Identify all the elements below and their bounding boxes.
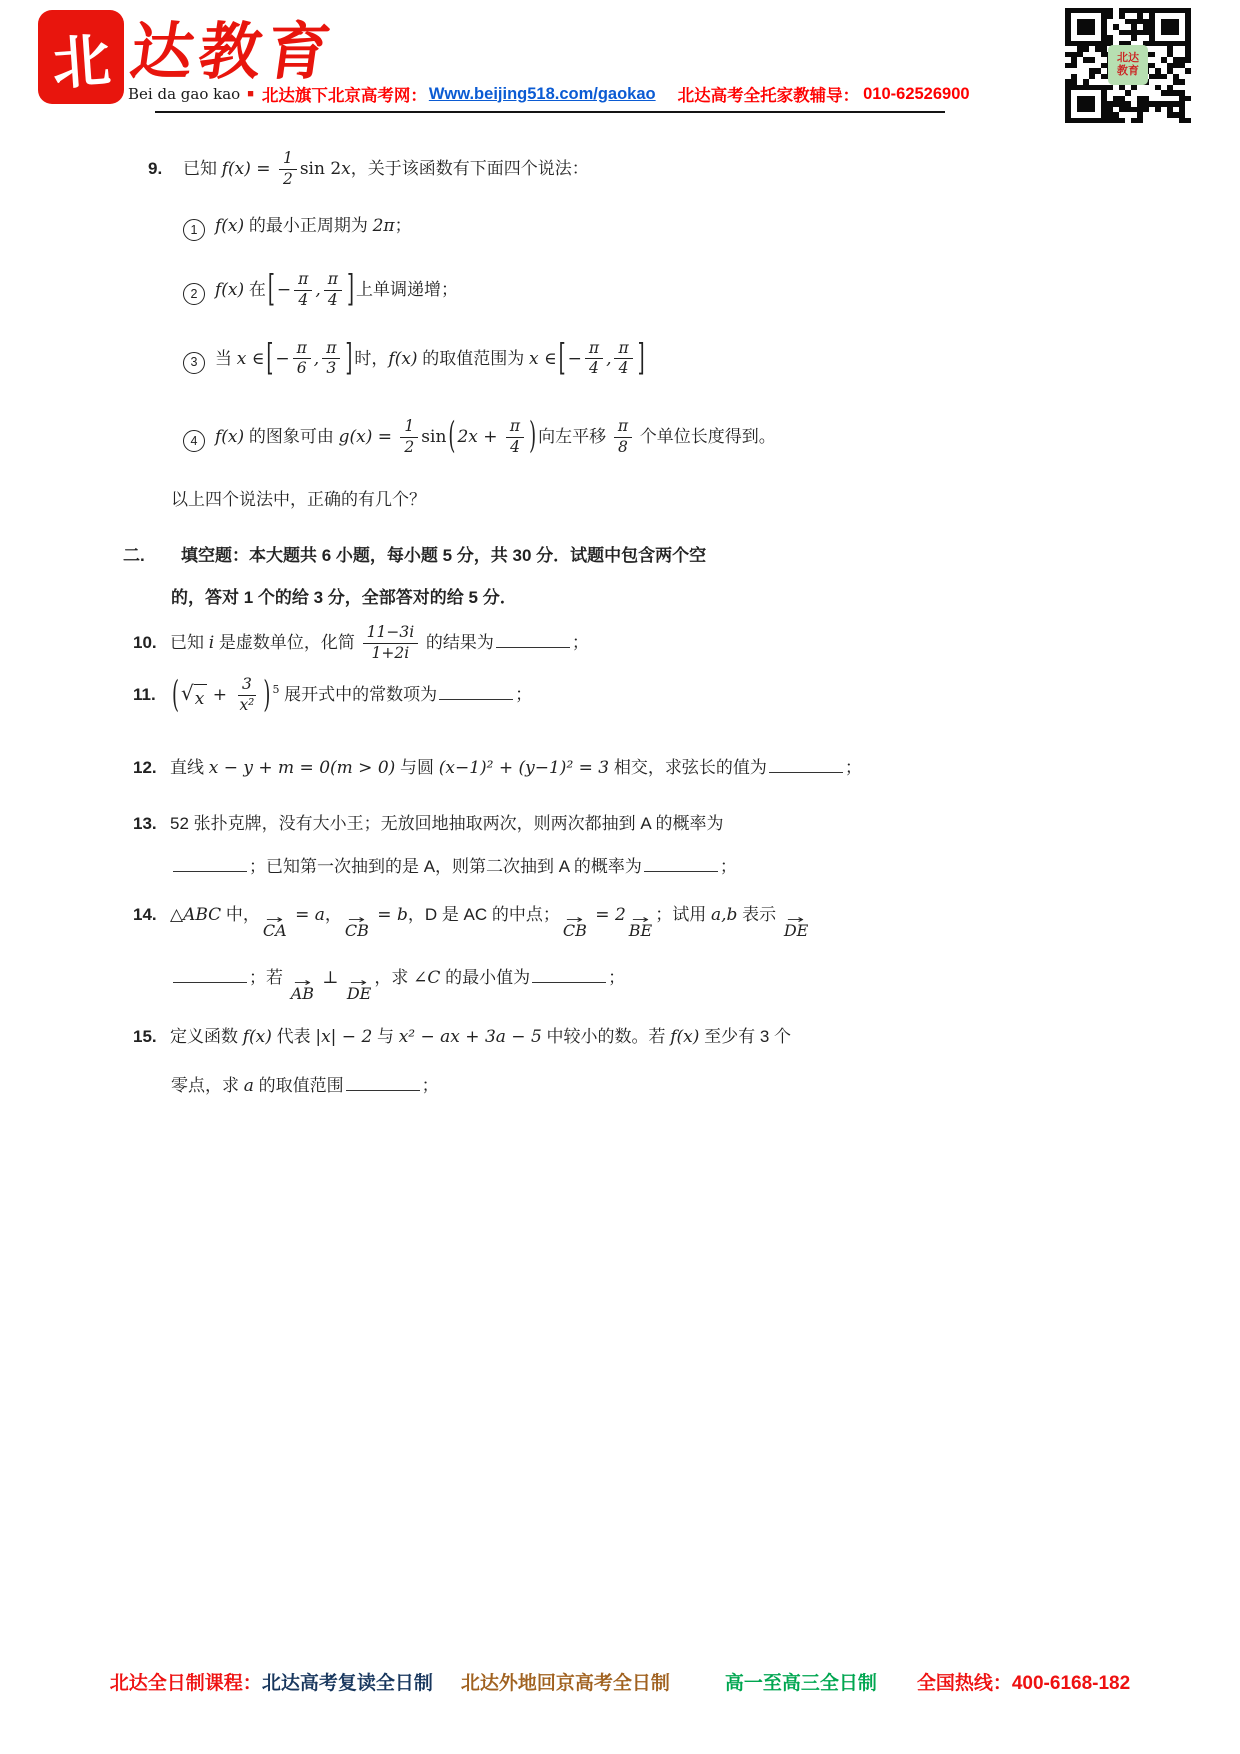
text: ；	[395, 216, 412, 235]
fraction-numerator: π	[322, 340, 340, 360]
fraction: π3	[322, 340, 340, 379]
math-function: sin 2	[300, 159, 341, 179]
line-q13-2: ；已知第一次抽到的是 A，则第二次抽到 A 的概率为；	[133, 854, 1033, 880]
text: ，求	[374, 968, 413, 987]
line-q9: 9.已知 f(x) = 12sin 2x，关于该函数有下面四个说法：	[148, 150, 1033, 189]
line-q9-end: 以上四个说法中，正确的有几个？	[133, 487, 1033, 513]
line-sec2-2: 的，答对 1 个的给 3 分，全部答对的给 5 分．	[133, 585, 1033, 611]
page-footer: 北达全日制课程：北达高考复读全日制北达外地回京高考全日制高一至高三全日制全国热线…	[0, 1668, 1240, 1695]
fraction: 11−3i1+2i	[363, 624, 419, 663]
question-number: 二.	[123, 543, 181, 569]
beida-seal-logo: 北	[40, 12, 122, 102]
fraction-numerator: 3	[238, 676, 256, 696]
math-expression: −	[275, 348, 289, 368]
right-bracket: ]	[345, 330, 352, 387]
answer-blank	[346, 1075, 420, 1091]
math-expression: △ABC	[170, 905, 221, 925]
right-paren: )	[529, 409, 536, 466]
fraction-denominator: 6	[293, 359, 311, 378]
circled-number: 1	[183, 219, 205, 241]
text: ；	[845, 758, 862, 777]
text: 在	[244, 280, 266, 299]
vector: →BE	[629, 917, 652, 939]
line-q15-2: 零点，求 a 的取值范围；	[133, 1073, 1033, 1099]
text: 定义函数	[170, 1027, 243, 1046]
fraction-numerator: π	[294, 271, 312, 291]
line-q9-i1: 1f(x) 的最小正周期为 2π；	[133, 213, 1033, 241]
exam-questions: 9.已知 f(x) = 12sin 2x，关于该函数有下面四个说法：1f(x) …	[133, 148, 1033, 1099]
text: ；	[608, 968, 625, 987]
text: 个单位长度得到。	[635, 427, 776, 446]
qr-center-label: 北达 教育	[1108, 45, 1148, 85]
vector: →CA	[263, 917, 287, 939]
line-sec2-1: 二.填空题：本大题共 6 小题，每小题 5 分，共 30 分．试题中包含两个空	[123, 543, 1033, 569]
math-function: sin	[421, 427, 446, 447]
red-square-bullet: ■	[247, 88, 254, 100]
exam-page: 北 达教育 Bei da gao kao ■ 北达旗下北京高考网： Www.be…	[0, 0, 1240, 1754]
text: ；	[515, 685, 532, 704]
math-expression: x² − ax + 3a − 5	[399, 1027, 542, 1047]
qr-code: 北达 教育	[1065, 8, 1191, 123]
math-expression: ,	[315, 280, 320, 300]
text: 相交，求弦长的值为	[609, 758, 767, 777]
fraction-denominator: 8	[614, 438, 632, 457]
text: 填空题：本大题共 6 小题，每小题 5 分，共 30 分．试题中包含两个空	[181, 546, 706, 565]
header-phone-number: 010-62526900	[863, 85, 969, 104]
math-expression: ∠C	[413, 968, 440, 988]
fraction: π4	[294, 271, 312, 310]
answer-blank	[173, 967, 247, 983]
fraction-numerator: π	[614, 340, 632, 360]
math-expression: a,b	[711, 905, 737, 925]
math-expression: (x−1)² + (y−1)² = 3	[439, 758, 609, 778]
tagline-mid: 北达高考全托家教辅导：	[678, 82, 860, 106]
answer-blank	[439, 684, 513, 700]
fraction: π4	[585, 340, 603, 379]
math-expression: +	[207, 685, 232, 705]
math-expression: x ∈	[237, 348, 265, 368]
qr-cell	[1185, 118, 1191, 123]
text: 当	[215, 348, 237, 367]
circled-number: 4	[183, 430, 205, 452]
left-bracket: [	[559, 330, 566, 387]
vector: →CB	[345, 917, 369, 939]
fraction: π4	[614, 340, 632, 379]
text: ，关于该函数有下面四个说法：	[351, 159, 589, 178]
fraction-denominator: 4	[585, 359, 603, 378]
line-q13-1: 13.52 张扑克牌，没有大小王；无放回地抽取两次，则两次都抽到 A 的概率为	[133, 811, 1033, 837]
text: 上单调递增；	[356, 280, 458, 299]
text: 的取值范围	[254, 1076, 344, 1095]
fraction-denominator: 4	[506, 438, 524, 457]
fraction-denominator: 4	[615, 359, 633, 378]
text: 是虚数单位，化简	[214, 633, 359, 652]
vector-arrow-icon: →	[266, 917, 284, 923]
text: ；试用	[655, 905, 711, 924]
fraction-numerator: 11−3i	[363, 624, 419, 644]
right-bracket: ]	[347, 262, 354, 319]
vector-arrow-icon: →	[566, 917, 584, 923]
math-expression: 2π	[373, 216, 395, 236]
vector-arrow-icon: →	[348, 917, 366, 923]
fraction: π6	[293, 340, 311, 379]
text: 直线	[170, 758, 209, 777]
circled-number: 3	[183, 352, 205, 374]
question-number: 9.	[148, 156, 183, 182]
text: 已知	[170, 633, 209, 652]
text: ；若	[249, 968, 288, 987]
text: 的图象可由	[244, 427, 338, 446]
text: 的结果为	[421, 633, 494, 652]
question-number: 11.	[133, 682, 170, 708]
line-q9-i2: 2f(x) 在[−π4,π4]上单调递增；	[133, 271, 1033, 310]
text: ，	[325, 905, 342, 924]
line-q14-2: ；若 →AB ⊥ →DE，求 ∠C 的最小值为；	[133, 965, 1033, 1002]
math-expression: x	[341, 159, 351, 179]
math-expression: = b	[372, 905, 408, 925]
answer-blank	[644, 856, 718, 872]
seal-character: 北	[49, 13, 113, 101]
right-bracket: ]	[638, 330, 645, 387]
qr-label-line1: 北达	[1117, 52, 1139, 65]
fraction-numerator: 1	[279, 150, 297, 170]
brand-caption: Bei da gao kao	[128, 85, 240, 103]
text: 表示	[737, 905, 780, 924]
line-q9-i4: 4f(x) 的图象可由 g(x) = 12sin(2x + π4)向左平移 π8…	[133, 418, 1033, 457]
radical-icon: √	[181, 683, 194, 703]
vector: →AB	[291, 980, 314, 1002]
answer-blank	[769, 757, 843, 773]
qr-label-line2: 教育	[1117, 65, 1139, 78]
fraction-numerator: π	[614, 418, 632, 438]
line-q9-i3: 3当 x ∈[−π6,π3]时，f(x) 的取值范围为 x ∈[−π4,π4]	[133, 340, 1033, 379]
text: 与圆	[395, 758, 438, 777]
line-q15-1: 15.定义函数 f(x) 代表 |x| − 2 与 x² − ax + 3a −…	[133, 1024, 1033, 1050]
fraction-numerator: π	[585, 340, 603, 360]
header-divider	[155, 111, 945, 113]
fraction: 12	[400, 418, 418, 457]
square-root: √x	[181, 683, 207, 712]
vector: →DE	[347, 980, 372, 1002]
fraction: 12	[279, 150, 297, 189]
fraction-denominator: 4	[294, 291, 312, 310]
fraction: π4	[506, 418, 524, 457]
text: 的取值范围为	[418, 348, 529, 367]
text: 的，答对 1 个的给 3 分，全部答对的给 5 分．	[171, 588, 517, 607]
footer-segment: 北达全日制课程：	[110, 1668, 262, 1695]
fraction-denominator: 3	[322, 359, 340, 378]
text: ；	[720, 857, 737, 876]
math-expression: f(x)	[215, 280, 244, 300]
left-bracket: [	[266, 330, 273, 387]
math-expression: x ∈	[529, 348, 557, 368]
fraction-denominator: x²	[235, 696, 258, 715]
text: 与	[372, 1027, 398, 1046]
math-expression: f(x)	[243, 1027, 272, 1047]
fraction-numerator: π	[324, 271, 342, 291]
line-q11: 11.(√x + 3x²)5 展开式中的常数项为；	[133, 676, 1033, 715]
left-bracket: [	[268, 262, 275, 319]
question-number: 12.	[133, 755, 170, 781]
math-expression: 2x +	[457, 427, 502, 447]
fraction-numerator: π	[293, 340, 311, 360]
math-expression: g(x) =	[339, 427, 398, 447]
text: ；	[572, 633, 589, 652]
line-q10: 10.已知 i 是虚数单位，化简 11−3i1+2i 的结果为；	[133, 624, 1033, 663]
fraction: π8	[614, 418, 632, 457]
vector-arrow-icon: →	[787, 917, 805, 923]
math-expression: ,	[314, 348, 319, 368]
text: ；已知第一次抽到的是 A，则第二次抽到 A 的概率为	[249, 857, 642, 876]
math-expression: = a	[290, 905, 325, 925]
answer-blank	[532, 967, 606, 983]
line-q14-1: 14.△ABC 中，→CA = a，→CB = b，D 是 AC 的中点；→CB…	[133, 902, 1033, 939]
left-paren: (	[172, 667, 179, 724]
math-expression: −	[277, 280, 291, 300]
text: 零点，求	[171, 1076, 244, 1095]
left-paren: (	[448, 409, 455, 466]
text: 向左平移	[538, 427, 611, 446]
text: 中，	[221, 905, 260, 924]
math-expression: −	[568, 348, 582, 368]
math-expression: = 2	[590, 905, 626, 925]
text: 代表	[272, 1027, 315, 1046]
text: 展开式中的常数项为	[279, 685, 437, 704]
text: 以上四个说法中，正确的有几个？	[171, 490, 426, 509]
right-paren: )	[263, 667, 270, 724]
radicand: x	[194, 684, 208, 712]
text: 中较小的数。若	[542, 1027, 670, 1046]
header-tagline-row: Bei da gao kao ■ 北达旗下北京高考网： Www.beijing5…	[128, 82, 970, 106]
fraction-numerator: 1	[400, 418, 418, 438]
math-expression: f(x)	[215, 427, 244, 447]
text: ，D 是 AC 的中点；	[408, 905, 560, 924]
text: 时，	[354, 348, 388, 367]
line-q12: 12.直线 x − y + m = 0(m > 0) 与圆 (x−1)² + (…	[133, 755, 1033, 781]
tagline-prefix: 北达旗下北京高考网：	[262, 82, 427, 106]
math-expression: f(x)	[215, 216, 244, 236]
math-expression: f(x) =	[222, 159, 276, 179]
vector: →DE	[784, 917, 809, 939]
footer-segment: 高一至高三全日制	[725, 1668, 877, 1695]
brand-calligraphy: 达教育	[126, 2, 343, 91]
vector-arrow-icon: →	[350, 980, 368, 986]
text: 至少有 3 个	[699, 1027, 791, 1046]
text: 的最小值为	[440, 968, 530, 987]
text: 的最小正周期为	[244, 216, 372, 235]
math-expression: ⊥	[317, 968, 344, 988]
math-expression: f(x)	[388, 348, 417, 368]
math-expression: a	[244, 1076, 254, 1096]
answer-blank	[496, 632, 570, 648]
fraction-denominator: 2	[279, 170, 297, 189]
footer-segment: 北达外地回京高考全日制	[461, 1668, 670, 1695]
vector-arrow-icon: →	[294, 980, 312, 986]
text: 已知	[183, 159, 222, 178]
math-expression: |x| − 2	[315, 1027, 372, 1047]
math-expression: x − y + m = 0(m > 0)	[209, 758, 396, 778]
answer-blank	[173, 856, 247, 872]
footer-segment: 北达高考复读全日制	[262, 1668, 433, 1695]
fraction: π4	[324, 271, 342, 310]
vector: →CB	[563, 917, 587, 939]
fraction-denominator: 2	[400, 438, 418, 457]
math-expression: ,	[606, 348, 611, 368]
gaokao-website-link[interactable]: Www.beijing518.com/gaokao	[429, 85, 656, 104]
question-number: 15.	[133, 1024, 170, 1050]
text: ；	[422, 1076, 439, 1095]
footer-segment: 全国热线：400-6168-182	[917, 1668, 1130, 1695]
fraction-denominator: 4	[324, 291, 342, 310]
circled-number: 2	[183, 283, 205, 305]
fraction-numerator: π	[506, 418, 524, 438]
math-expression: f(x)	[670, 1027, 699, 1047]
vector-arrow-icon: →	[632, 917, 650, 923]
text: 52 张扑克牌，没有大小王；无放回地抽取两次，则两次都抽到 A 的概率为	[170, 814, 723, 833]
fraction: 3x²	[235, 676, 258, 715]
question-number: 14.	[133, 902, 170, 928]
question-number: 10.	[133, 630, 170, 656]
question-number: 13.	[133, 811, 170, 837]
fraction-denominator: 1+2i	[368, 644, 414, 663]
